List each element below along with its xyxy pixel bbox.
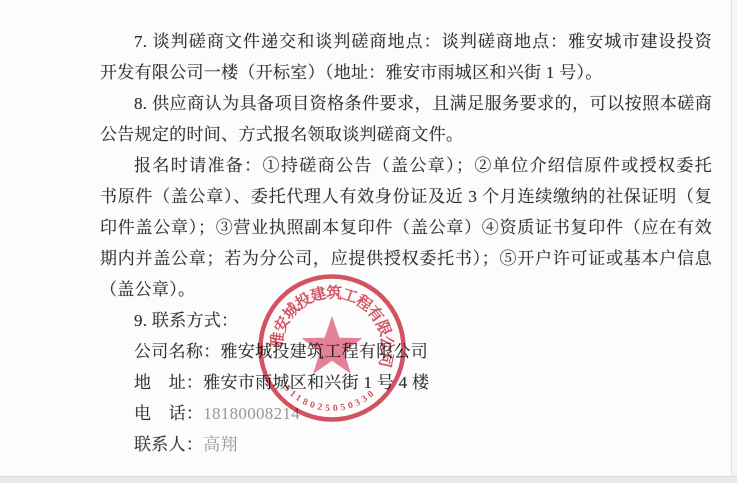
contact-label: 公司名称：	[134, 342, 221, 361]
paragraph-line: 开发有限公司一楼（开标室）（地址：雅安市雨城区和兴街 1 号）。	[100, 57, 712, 88]
contact-label: 电 话：	[134, 404, 203, 423]
paragraph-line: 报名时请准备：①持磋商公告（盖公章）；②单位介绍信原件或授权委托	[100, 150, 712, 181]
paragraph-line: 公告规定的时间、方式报名领取谈判磋商文件。	[100, 119, 712, 150]
paragraph-line: 7. 谈判磋商文件递交和谈判磋商地点：谈判磋商地点：雅安城市建设投资	[100, 26, 712, 57]
company-seal-icon: 雅安城投建筑工程有限公司 5118025050330	[247, 263, 417, 433]
document-page: 7. 谈判磋商文件递交和谈判磋商地点：谈判磋商地点：雅安城市建设投资 开发有限公…	[0, 0, 737, 483]
contact-value: 高翔	[203, 435, 238, 454]
contact-row: 联系人：高翔	[100, 429, 712, 460]
contact-label: 地 址：	[134, 373, 203, 392]
seal-star-icon	[302, 316, 363, 374]
paragraph-line: 印件盖公章）；③营业执照副本复印件（盖公章）④资质证书复印件（应在有效	[100, 212, 712, 243]
page-edge-bottom	[0, 476, 737, 483]
paragraph-line: 书原件（盖公章）、委托代理人有效身份证及近 3 个月连续缴纳的社保证明（复	[100, 181, 712, 212]
contact-label: 联系人：	[134, 435, 203, 454]
page-margin-right	[732, 0, 737, 477]
paragraph-line: 8. 供应商认为具备项目资格条件要求，且满足服务要求的，可以按照本磋商	[100, 88, 712, 119]
